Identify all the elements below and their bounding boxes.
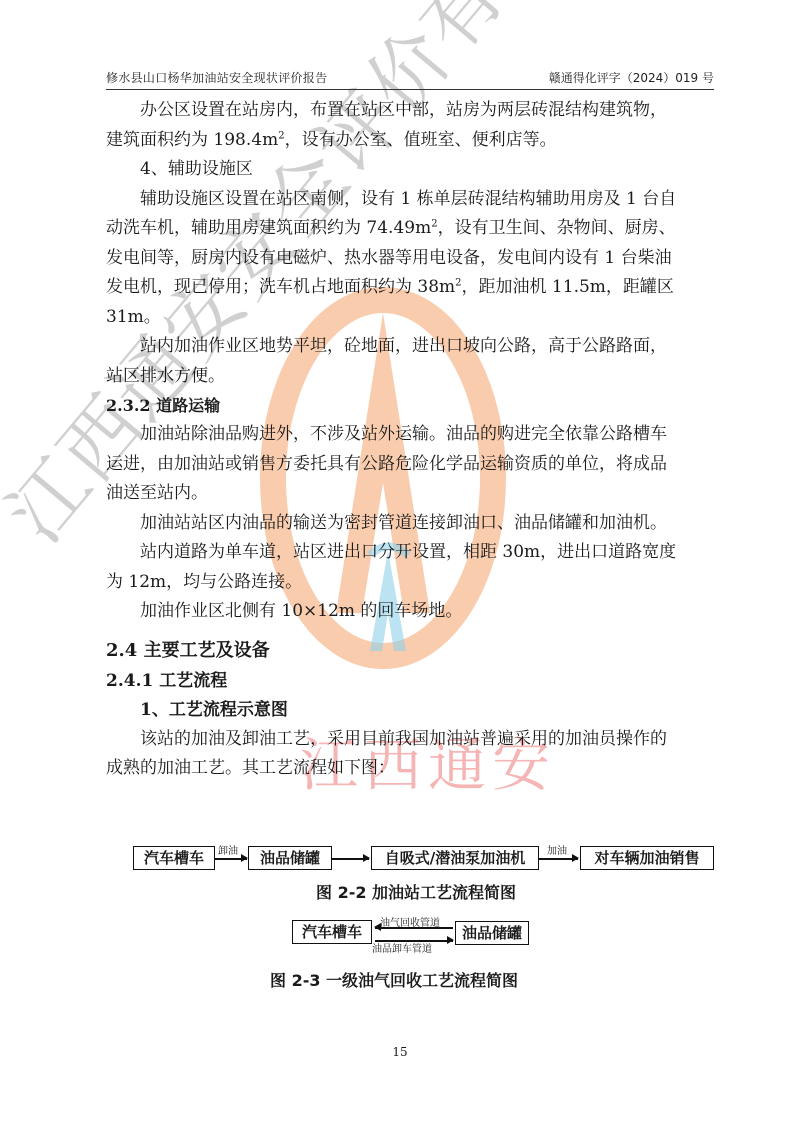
page-header: 修水县山口杨华加油站安全现状评价报告 赣通得化评字（2024）019 号: [106, 67, 714, 90]
body-content: 办公区设置在站房内，布置在站区中部，站房为两层砖混结构建筑物， 建筑面积约为 1…: [106, 96, 716, 784]
section-heading-2-3-2: 2.3.2 道路运输: [106, 391, 716, 420]
document-page: 江西通安安全评价有限公司 江西通安 修水县山口杨华加油站安全现状评价报告 赣通得…: [0, 0, 800, 1130]
paragraph-office-line2: 建筑面积约为 198.4m2，设有办公室、值班室、便利店等。: [106, 126, 716, 156]
paragraph-terrain-line1: 站内加油作业区地势平坦，砼地面，进出口坡向公路，高于公路路面，: [106, 332, 716, 362]
flow-arrow-feed: [331, 858, 369, 860]
paragraph-road-line1: 站内道路为单车道，站区进出口分开设置，相距 30m，进出口道路宽度: [106, 538, 716, 568]
paragraph-aux-line2: 动洗车机，辅助用房建筑面积约为 74.49m2，设有卫生间、杂物间、厨房、: [106, 214, 716, 244]
section-heading-2-4: 2.4 主要工艺及设备: [106, 635, 716, 667]
item-4-heading: 4、辅助设施区: [106, 155, 716, 185]
figure-2-2-caption: 图 2-2 加油站工艺流程简图: [316, 880, 516, 903]
flow-box-storage-tank: 油品储罐: [248, 846, 332, 870]
paragraph-terrain-line2: 站区排水方便。: [106, 362, 716, 392]
flow-box-dispenser: 自吸式/潜油泵加油机: [371, 846, 539, 870]
paragraph-transport-line1: 加油站除油品购进外，不涉及站外运输。油品的购进完全依靠公路槽车: [106, 420, 716, 450]
flow-arrow-refuel: 加油: [538, 858, 578, 860]
document-number: 赣通得化评字（2024）019 号: [549, 69, 714, 86]
flow-arrow-label-unload: 卸油: [218, 842, 238, 857]
figure-2-3-flowchart: 汽车槽车 油气回收管道 油品卸车管道 油品储罐: [292, 918, 532, 952]
flow-arrow-label-refuel: 加油: [547, 842, 567, 857]
page-number: 15: [0, 1045, 800, 1059]
paragraph-process-line1: 该站的加油及卸油工艺，采用目前我国加油站普遍采用的加油员操作的: [106, 725, 716, 755]
report-title: 修水县山口杨华加油站安全现状评价报告: [106, 69, 327, 86]
paragraph-aux-line4: 发电机，现已停用；洗车机占地面积约为 38m2，距加油机 11.5m，距罐区: [106, 273, 716, 303]
figure-2-2-flowchart: 汽车槽车 卸油 油品储罐 自吸式/潜油泵加油机 加油 对车辆加油销售: [133, 846, 718, 872]
flow2-box-storage-tank: 油品储罐: [455, 921, 529, 945]
section-heading-2-4-1: 2.4.1 工艺流程: [106, 667, 716, 696]
paragraph-process-line2: 成熟的加油工艺。其工艺流程如下图：: [106, 754, 716, 784]
flow-arrow-unload: 卸油: [214, 858, 247, 860]
paragraph-aux-line1: 辅助设施区设置在站区南侧，设有 1 栋单层砖混结构辅助用房及 1 台自: [106, 185, 716, 215]
paragraph-transport-line2: 运进，由加油站或销售方委托具有公路危险化学品运输资质的单位，将成品: [106, 450, 716, 480]
paragraph-aux-line5: 31m。: [106, 303, 716, 333]
item-1-heading: 1、工艺流程示意图: [106, 696, 716, 725]
flow2-box-tanker-truck: 汽车槽车: [292, 920, 372, 944]
paragraph-road-line2: 为 12m，均与公路连接。: [106, 568, 716, 598]
paragraph-turnaround: 加油作业区北侧有 10×12m 的回车场地。: [106, 597, 716, 627]
paragraph-pipeline: 加油站站区内油品的输送为密封管道连接卸油口、油品储罐和加油机。: [106, 509, 716, 539]
paragraph-transport-line3: 油送至站内。: [106, 479, 716, 509]
paragraph-aux-line3: 发电间等，厨房内设有电磁炉、热水器等用电设备，发电间内设有 1 台柴油: [106, 244, 716, 274]
figure-2-3-caption: 图 2-3 一级油气回收工艺流程简图: [270, 968, 518, 991]
flow2-arrow-vapor-recovery: [375, 927, 453, 929]
flow2-label-unload-pipe: 油品卸车管道: [372, 940, 432, 955]
paragraph-office-line1: 办公区设置在站房内，布置在站区中部，站房为两层砖混结构建筑物，: [106, 96, 716, 126]
flow-box-tanker-truck: 汽车槽车: [133, 846, 215, 870]
flow-box-vehicle-sales: 对车辆加油销售: [580, 846, 714, 870]
